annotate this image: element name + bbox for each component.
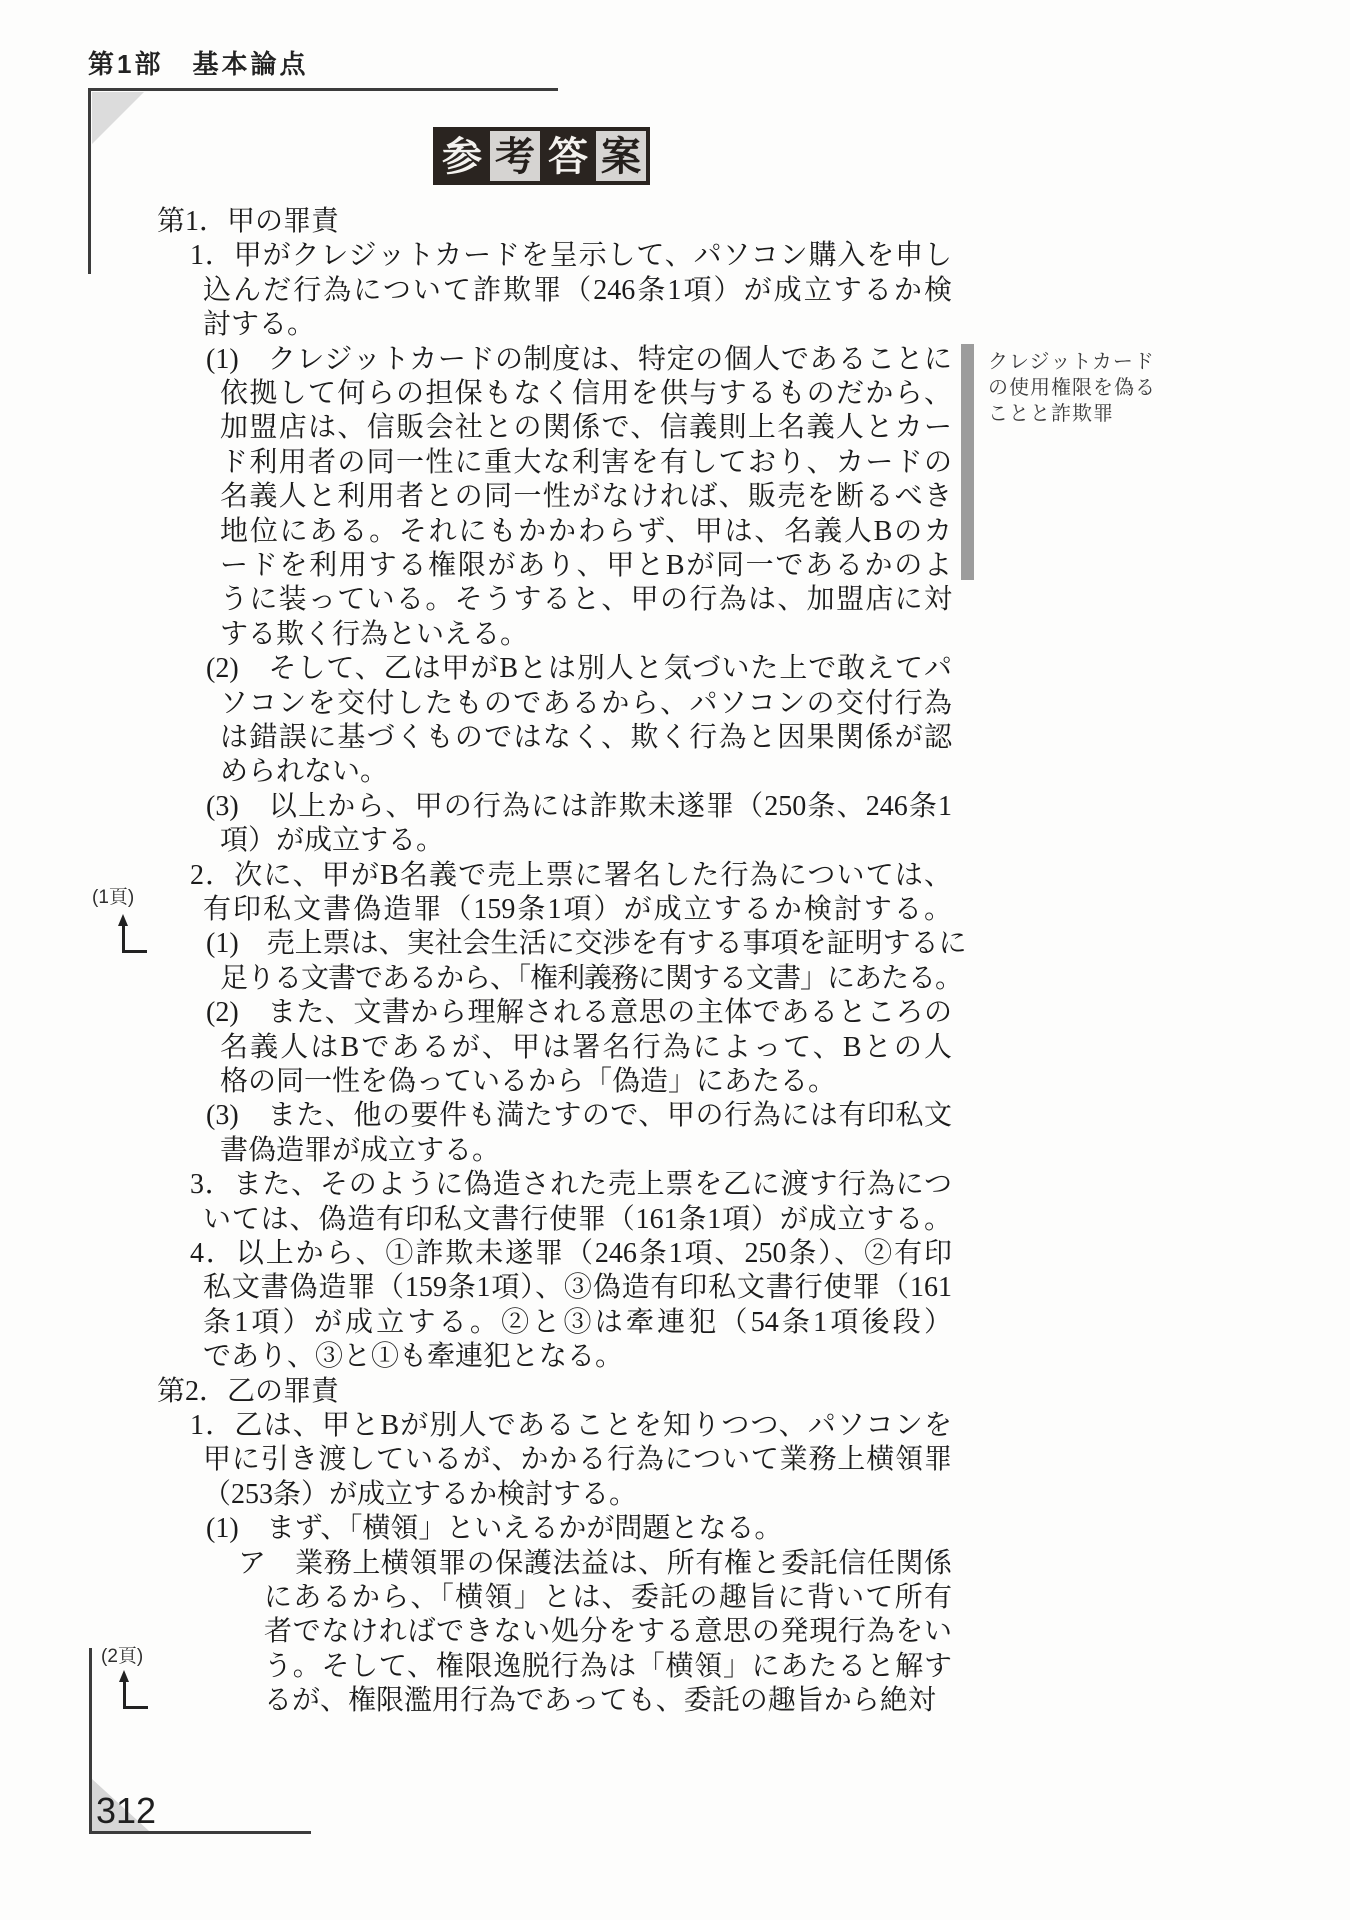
corner-triangle-top — [92, 92, 144, 144]
body-text-line: 4．以上から、①詐欺未遂罪（246条1項、250条）、②有印 — [190, 1237, 952, 1271]
body-text-line: 1．甲がクレジットカードを呈示して、パソコン購入を申し — [190, 239, 952, 273]
arrow-shaft — [122, 924, 125, 952]
section-title-reference-answer: 参考答案 — [433, 127, 650, 185]
body-text-line: 名義人と利用者との同一性がなければ、販売を断るべき — [220, 480, 952, 514]
body-text-line: 者でなければできない処分をする意思の発現行為をい — [264, 1615, 952, 1649]
body-text-line: 書偽造罪が成立する。 — [220, 1134, 952, 1168]
arrow-foot — [122, 950, 147, 953]
body-text-line: るが、権限濫用行為であっても、委託の趣旨から絶対 — [264, 1684, 952, 1718]
body-text-line: められない。 — [220, 755, 952, 789]
left-border-top — [88, 88, 91, 274]
body-text-line: は錯誤に基づくものではなく、欺く行為と因果関係が認 — [220, 721, 952, 755]
body-text-line: 格の同一性を偽っているから「偽造」にあたる。 — [220, 1065, 952, 1099]
body-text-line: (3) 以上から、甲の行為には詐欺未遂罪（250条、246条1 — [206, 790, 952, 824]
body-text-line: 名義人はBであるが、甲は署名行為によって、Bとの人 — [220, 1031, 952, 1065]
body-text-line: 加盟店は、信販会社との関係で、信義則上名義人とカー — [220, 411, 952, 445]
book-page: 第1部 基本論点 参考答案 第1．甲の罪責1．甲がクレジットカードを呈示して、パ… — [0, 0, 1350, 1920]
margin-note-line: クレジットカード — [988, 349, 1156, 375]
body-text-line: 私文書偽造罪（159条1項）、③偽造有印私文書行使罪（161 — [203, 1271, 952, 1305]
arrow-shaft — [123, 1680, 126, 1708]
title-char: 参 — [437, 131, 487, 181]
body-text-line: 討する。 — [203, 308, 952, 342]
title-char: 考 — [490, 131, 540, 181]
arrow-foot — [123, 1706, 148, 1709]
body-text-line: （253条）が成立するか検討する。 — [203, 1478, 952, 1512]
body-text-line: ア 業務上横領罪の保護法益は、所有権と委託信任関係 — [238, 1547, 952, 1581]
margin-note-line: の使用権限を偽る — [988, 375, 1156, 401]
up-arrow-icon — [122, 914, 152, 956]
body-text-line: 込んだ行為について詐欺罪（246条1項）が成立するか検 — [203, 274, 952, 308]
body-text-line: 依拠して何らの担保もなく信用を供与するものだから、 — [220, 377, 952, 411]
body-text-line: 地位にある。それにもかかわらず、甲は、名義人Bのカ — [220, 515, 952, 549]
title-char: 案 — [596, 131, 646, 181]
body-text-line: する欺く行為といえる。 — [220, 618, 952, 652]
body-text-line: 1．乙は、甲とBが別人であることを知りつつ、パソコンを — [190, 1409, 952, 1443]
up-arrow-icon — [123, 1670, 153, 1712]
title-char: 答 — [543, 131, 593, 181]
body-text-line: (1) まず、「横領」といえるかが問題となる。 — [206, 1512, 952, 1546]
margin-note-line: ことと詐欺罪 — [988, 401, 1156, 427]
body-text-line: 3．また、そのように偽造された売上票を乙に渡す行為につ — [190, 1168, 952, 1202]
chapter-header: 第1部 基本論点 — [88, 44, 308, 81]
header-rule — [88, 88, 558, 91]
body-text-line: (2) そして、乙は甲がBとは別人と気づいた上で敢えてパ — [206, 652, 952, 686]
body-text-line: ードを利用する権限があり、甲とBが同一であるかのよ — [220, 549, 952, 583]
margin-note-bar — [961, 344, 974, 580]
body-text-line: う。そして、権限逸脱行為は「横領」にあたると解す — [264, 1650, 952, 1684]
body-text-line: 甲に引き渡しているが、かかる行為について業務上横領罪 — [203, 1443, 952, 1477]
body-text-line: 足りる文書であるから、「権利義務に関する文書」にあたる。 — [220, 962, 952, 996]
body-text-line: 第1．甲の罪責 — [157, 205, 952, 239]
body-text-line: ソコンを交付したものであるから、パソコンの交付行為 — [220, 687, 952, 721]
body-text-line: 条1項）が成立する。②と③は牽連犯（54条1項後段） — [203, 1306, 952, 1340]
body-text-line: 項）が成立する。 — [220, 824, 952, 858]
body-text-line: 第2．乙の罪責 — [157, 1375, 952, 1409]
body-text-line: (3) また、他の要件も満たすので、甲の行為には有印私文 — [206, 1099, 952, 1133]
body-text-line: にあるから、「横領」とは、委託の趣旨に背いて所有 — [264, 1581, 952, 1615]
body-text-line: 有印私文書偽造罪（159条1項）が成立するか検討する。 — [203, 893, 952, 927]
page-marker-1-label: (1頁) — [92, 882, 134, 909]
body-text-line: であり、③と①も牽連犯となる。 — [203, 1340, 952, 1374]
body-text-line: ド利用者の同一性に重大な利害を有しており、カードの — [220, 446, 952, 480]
body-text-line: いては、偽造有印私文書行使罪（161条1項）が成立する。 — [203, 1203, 952, 1237]
body-text-line: (2) また、文書から理解される意思の主体であるところの — [206, 996, 952, 1030]
body-text-line: (1) クレジットカードの制度は、特定の個人であることに — [206, 343, 952, 377]
page-marker-2-label: (2頁) — [101, 1641, 143, 1668]
body-text-line: 2．次に、甲がB名義で売上票に署名した行為については、 — [190, 859, 952, 893]
margin-note: クレジットカード の使用権限を偽る ことと詐欺罪 — [988, 349, 1156, 427]
body-text-line: (1) 売上票は、実社会生活に交渉を有する事項を証明するに — [206, 927, 952, 961]
page-number: 312 — [96, 1790, 156, 1832]
body-text-line: うに装っている。そうすると、甲の行為は、加盟店に対 — [220, 583, 952, 617]
